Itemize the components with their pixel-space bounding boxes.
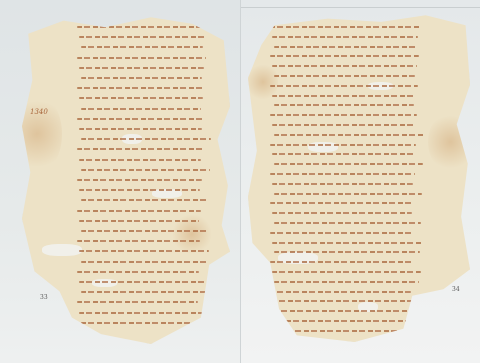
handwriting-line: [79, 67, 204, 69]
handwriting-line: [79, 159, 201, 161]
handwriting-line: [81, 291, 206, 293]
handwriting-line: [272, 212, 412, 214]
handwriting-line: [77, 240, 200, 242]
handwriting-line: [272, 183, 413, 185]
handwriting-line: [81, 77, 202, 79]
handwriting-line: [274, 75, 415, 77]
handwriting-line: [79, 281, 208, 283]
handwriting-line: [270, 114, 417, 116]
handwriting-line: [77, 179, 202, 181]
handwriting-line: [270, 202, 414, 204]
handwriting-line: [274, 46, 416, 48]
folio-mark-right: 34: [452, 286, 460, 293]
handwriting-line: [77, 148, 203, 150]
handwriting-line: [270, 26, 420, 28]
handwriting-line: [81, 322, 205, 324]
handwriting-line: [272, 242, 422, 244]
handwriting-line: [79, 312, 207, 314]
handwriting-line: [270, 173, 415, 175]
handwriting-line: [77, 301, 198, 303]
handwriting-line: [81, 46, 203, 48]
handwriting-line: [77, 87, 205, 89]
handwriting-line: [274, 281, 419, 283]
handwriting-line: [77, 57, 206, 59]
folio-mark-left: 33: [40, 294, 48, 301]
handwriting-line: [274, 310, 418, 312]
handwriting-line: [274, 134, 424, 136]
handwriting-line: [274, 193, 422, 195]
handwriting-line: [274, 222, 421, 224]
handwriting-line: [81, 169, 210, 171]
handwriting-line: [81, 261, 207, 263]
handwriting-line: [272, 271, 421, 273]
handwriting-line: [274, 104, 414, 106]
handwriting-line: [272, 65, 417, 67]
handwriting-line: [270, 85, 418, 87]
handwriting-line: [81, 230, 208, 232]
handwriting-line: [79, 189, 200, 191]
handwriting-line: [272, 300, 420, 302]
handwriting-line: [81, 108, 201, 110]
handwriting-line: [270, 232, 413, 234]
handwriting-line: [77, 210, 201, 212]
handwriting-line: [79, 128, 202, 130]
handwriting-line: [77, 26, 207, 28]
handwriting-line: [272, 36, 418, 38]
handwriting-line: [272, 153, 414, 155]
handwriting-line: [79, 220, 199, 222]
handwriting-line: [272, 124, 415, 126]
handwriting-line: [79, 97, 203, 99]
paper-loss: [42, 244, 82, 256]
handwriting-line: [270, 291, 411, 293]
handwriting-line: [79, 36, 205, 38]
handwriting-line: [274, 163, 423, 165]
handwriting-line: [270, 261, 412, 263]
handwriting-line: [270, 55, 419, 57]
handwriting-line: [77, 118, 204, 120]
handwriting-line: [81, 199, 209, 201]
margin-note: 1340: [30, 108, 48, 116]
handwriting-line: [272, 95, 416, 97]
handwriting-line: [270, 320, 410, 322]
handwriting-line: [270, 144, 416, 146]
handwriting-line: [77, 271, 199, 273]
handwriting-line: [81, 138, 211, 140]
